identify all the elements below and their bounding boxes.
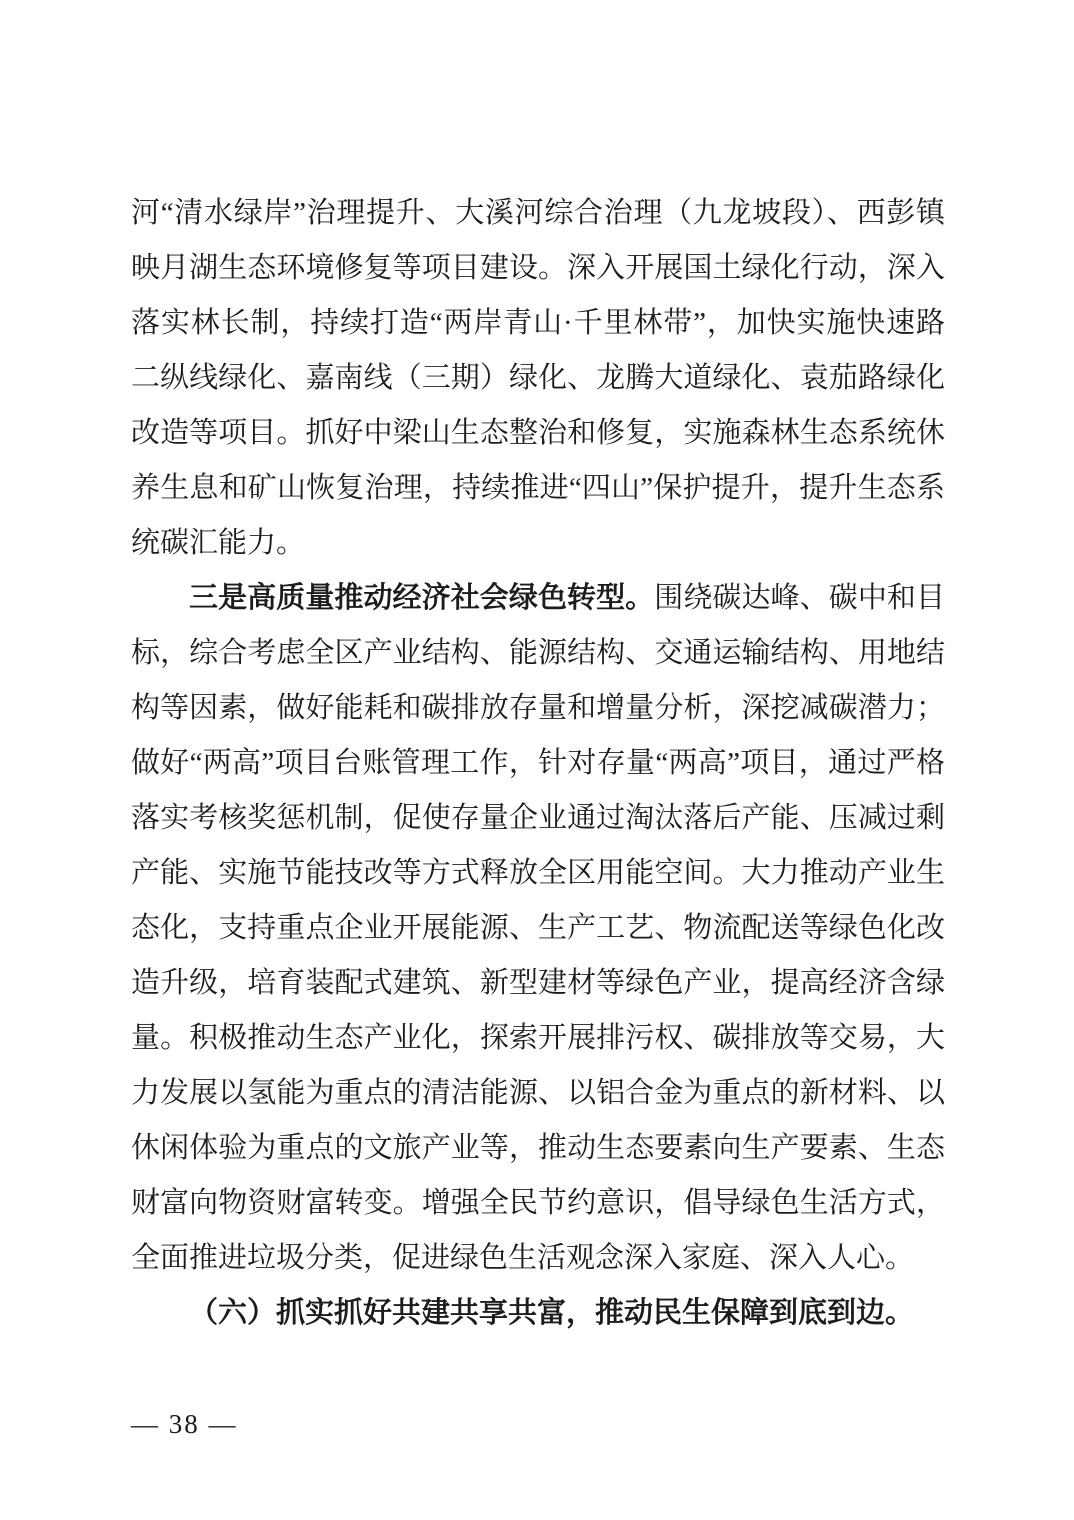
- paragraph-continuation: 河“清水绿岸”治理提升、大溪河综合治理（九龙坡段）、西彭镇映月湖生态环境修复等项…: [131, 186, 945, 571]
- paragraph-body-text: 围绕碳达峰、碳中和目标，综合考虑全区产业结构、能源结构、交通运输结构、用地结构等…: [131, 582, 945, 1274]
- paragraph-bold-lead: 三是高质量推动经济社会绿色转型。: [189, 582, 654, 614]
- body-text-block: 河“清水绿岸”治理提升、大溪河综合治理（九龙坡段）、西彭镇映月湖生态环境修复等项…: [131, 186, 945, 1341]
- page-number: — 38 —: [131, 1406, 238, 1442]
- paragraph-green-transition: 三是高质量推动经济社会绿色转型。围绕碳达峰、碳中和目标，综合考虑全区产业结构、能…: [131, 571, 945, 1286]
- section-heading-six: （六）抓实抓好共建共享共富，推动民生保障到底到边。: [131, 1286, 945, 1341]
- document-page: 河“清水绿岸”治理提升、大溪河综合治理（九龙坡段）、西彭镇映月湖生态环境修复等项…: [0, 0, 1074, 1520]
